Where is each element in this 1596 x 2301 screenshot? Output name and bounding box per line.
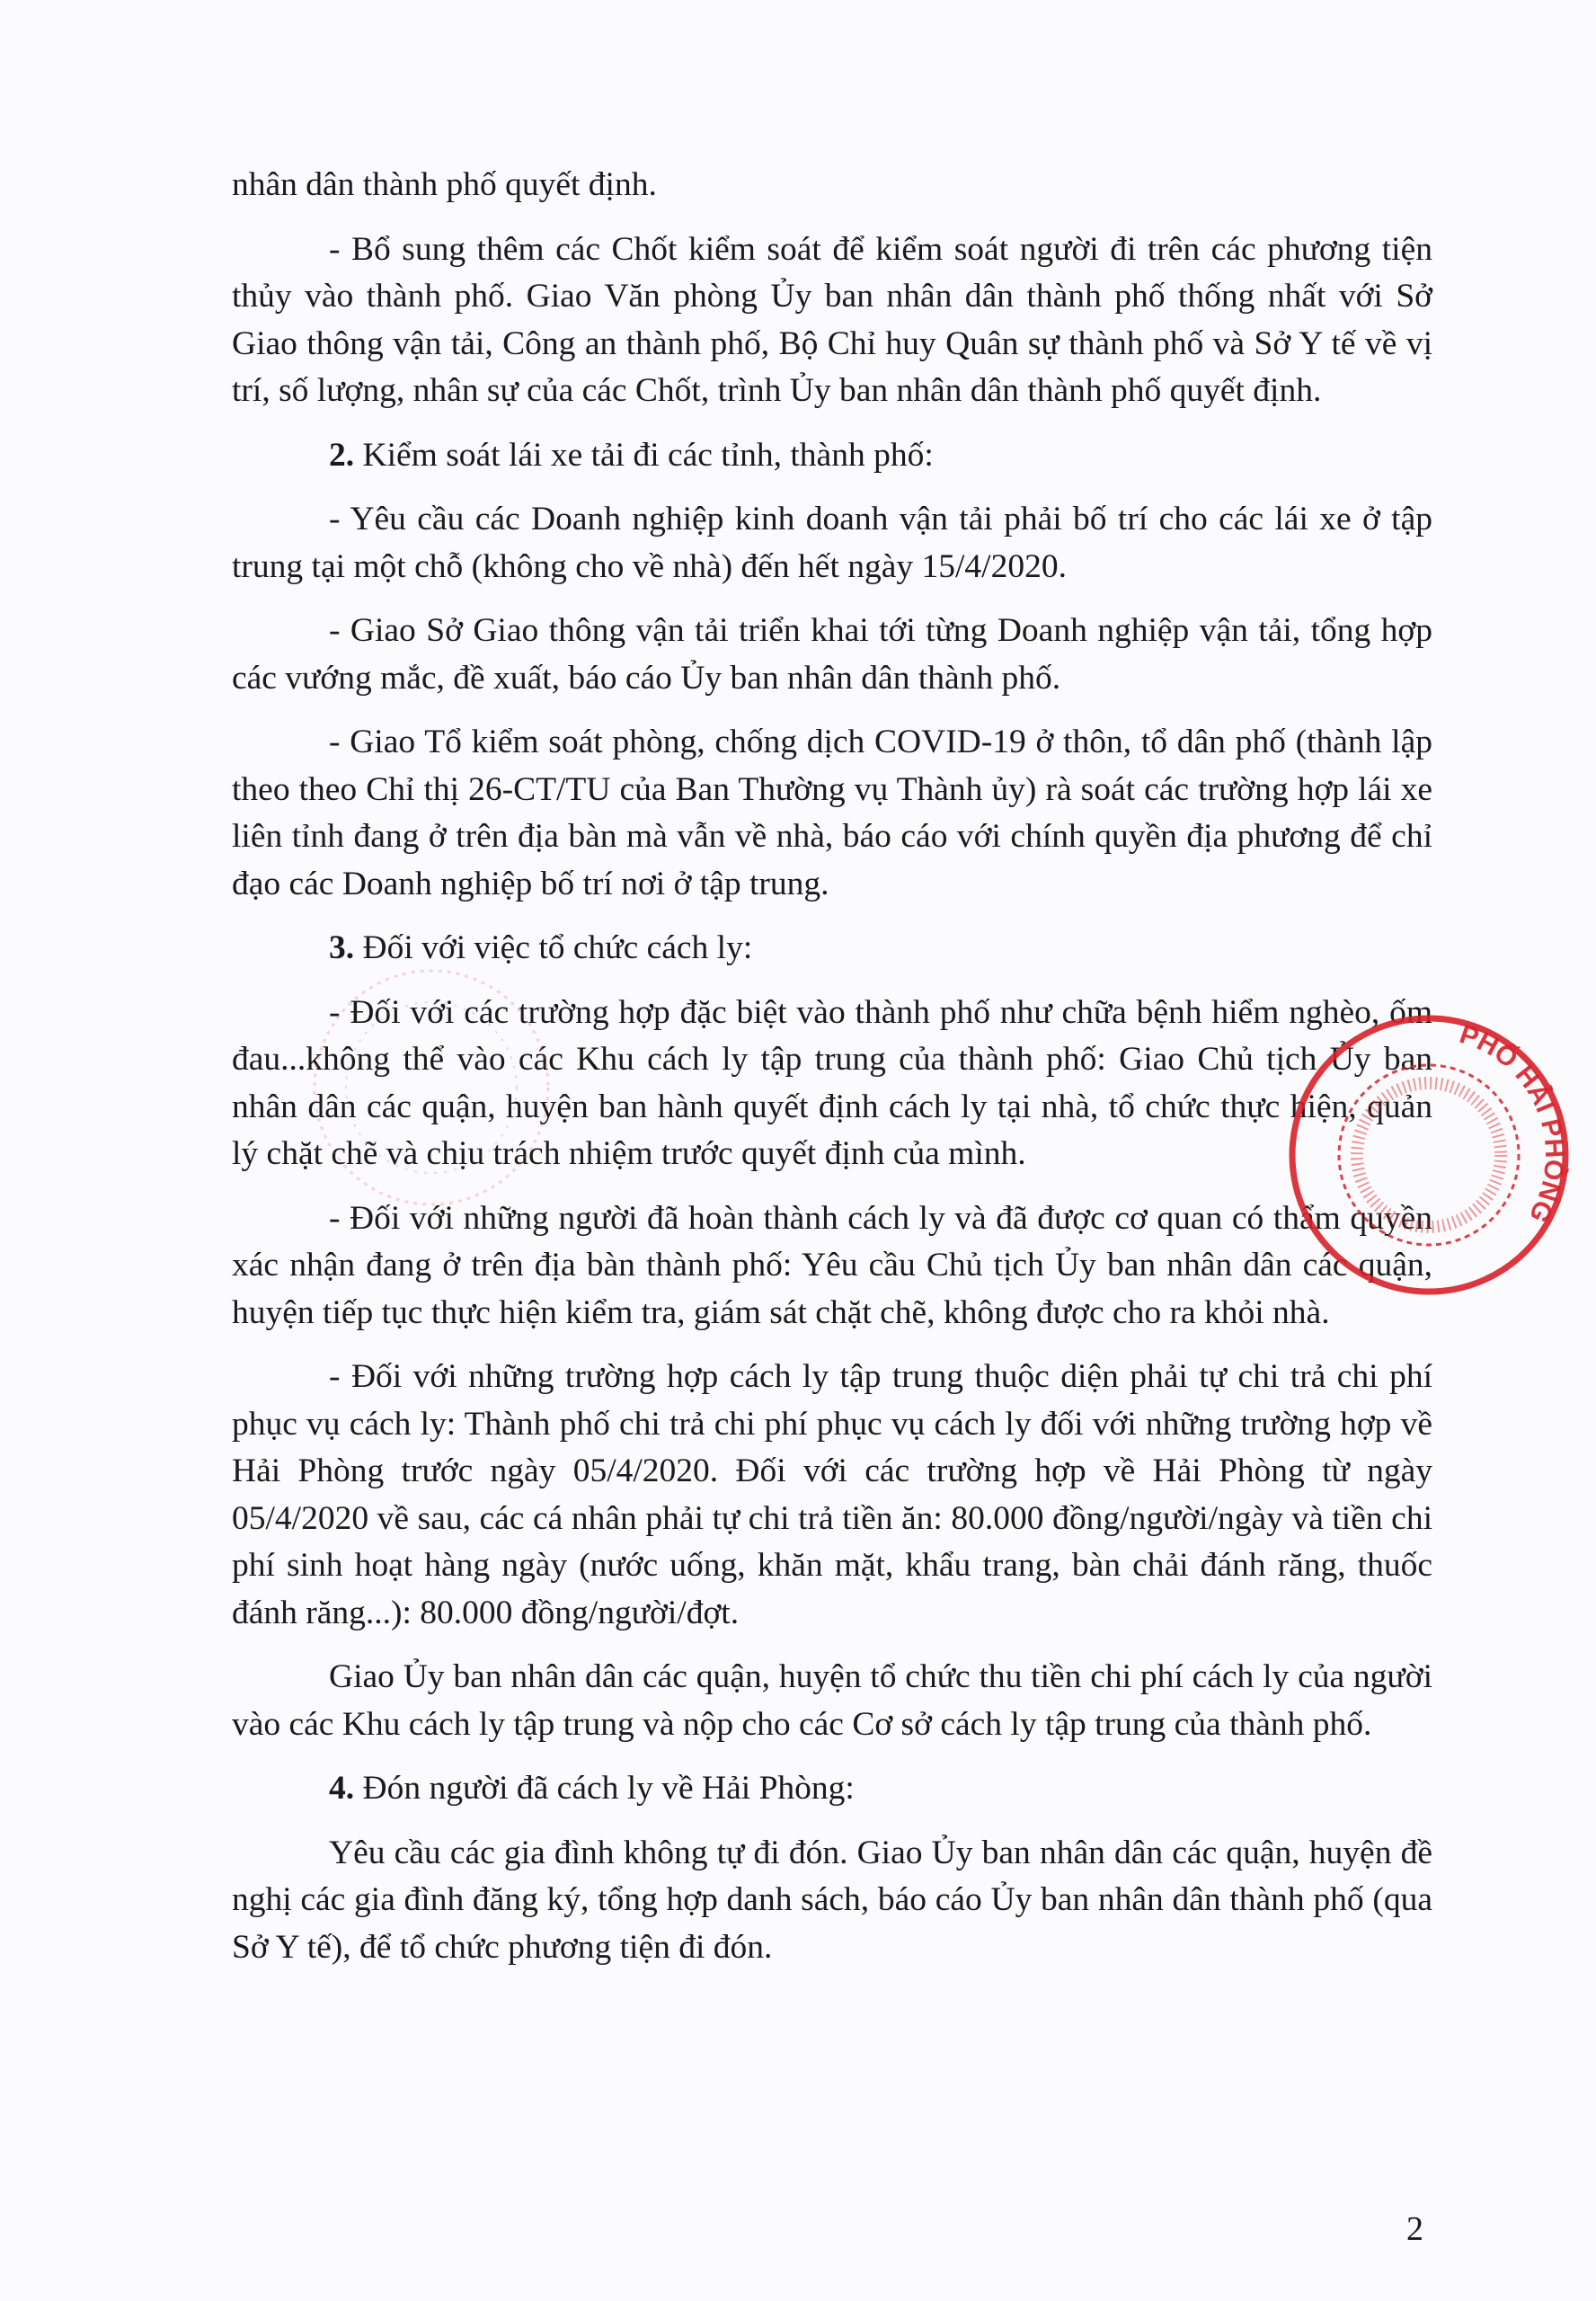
paragraph-special-cases: - Đối với các trường hợp đặc biệt vào th… — [232, 990, 1432, 1178]
svg-text:PHỐ HẢI PHÒNG: PHỐ HẢI PHÒNG — [1456, 1019, 1570, 1227]
page-number: 2 — [1406, 2209, 1423, 2249]
section-number: 4. — [329, 1770, 354, 1807]
section-number: 3. — [329, 929, 354, 966]
section-heading-2: 2. Kiểm soát lái xe tải đi các tỉnh, thà… — [232, 432, 1432, 480]
paragraph-pickup: Yêu cầu các gia đình không tự đi đón. Gi… — [232, 1830, 1432, 1972]
paragraph-transport-dept: - Giao Sở Giao thông vận tải triển khai … — [232, 608, 1432, 702]
paragraph-add-checkpoints: - Bổ sung thêm các Chốt kiểm soát để kiể… — [232, 227, 1432, 415]
section-heading-3: 3. Đối với việc tổ chức cách ly: — [232, 925, 1432, 973]
section-number: 2. — [329, 437, 354, 474]
paragraph-quarantine-costs: - Đối với những trường hợp cách ly tập t… — [232, 1354, 1432, 1637]
section-title: Đón người đã cách ly về Hải Phòng: — [354, 1770, 855, 1807]
document-body: nhân dân thành phố quyết định. - Bổ sung… — [232, 162, 1432, 1988]
section-heading-4: 4. Đón người đã cách ly về Hải Phòng: — [232, 1765, 1432, 1813]
section-title: Đối với việc tổ chức cách ly: — [354, 929, 752, 966]
paragraph-continuation: nhân dân thành phố quyết định. — [232, 162, 1432, 209]
paragraph-drivers-concentrate: - Yêu cầu các Doanh nghiệp kinh doanh vậ… — [232, 496, 1432, 591]
paragraph-completed-quarantine: - Đối với những người đã hoàn thành cách… — [232, 1195, 1432, 1337]
paragraph-collect-fees: Giao Ủy ban nhân dân các quận, huyện tổ … — [232, 1654, 1432, 1748]
section-title: Kiểm soát lái xe tải đi các tỉnh, thành … — [354, 437, 934, 474]
paragraph-control-team: - Giao Tổ kiểm soát phòng, chống dịch CO… — [232, 719, 1432, 908]
